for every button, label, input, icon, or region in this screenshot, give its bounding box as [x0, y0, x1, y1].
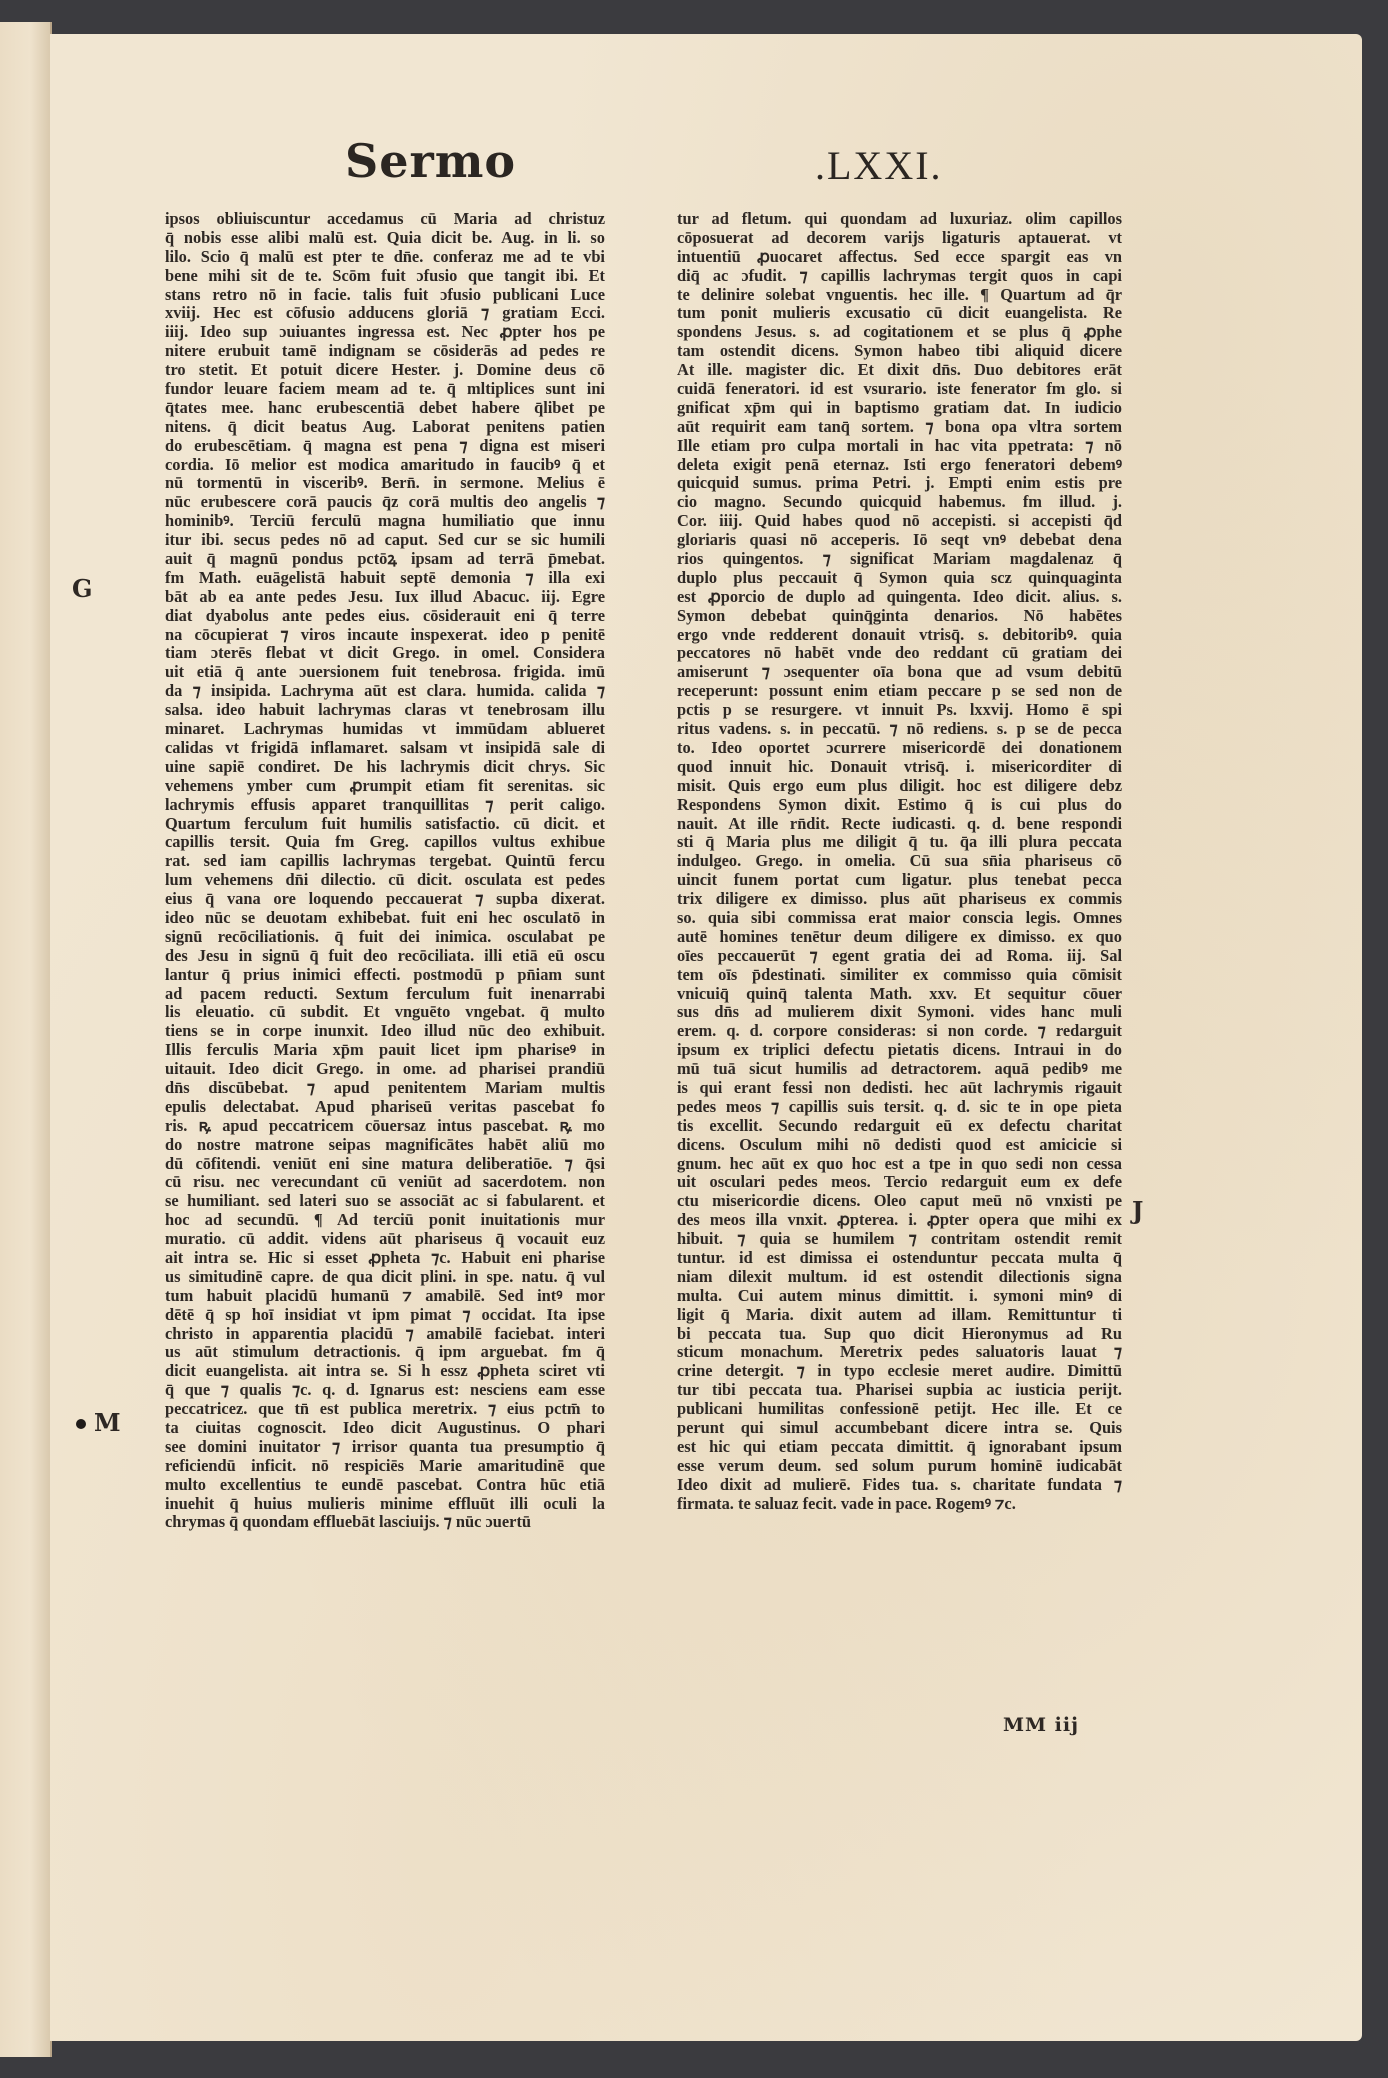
- text-line: multo excellentius te eundē pascebat. Co…: [165, 1476, 605, 1495]
- text-line: ctu misericordie dicens. Oleo caput meū …: [677, 1192, 1122, 1211]
- text-line: ritus vadens. s. in peccatū. ⁊ nō redien…: [677, 720, 1122, 739]
- right-text-column: tur ad fletum. qui quondam ad luxuriaz. …: [677, 210, 1122, 1513]
- text-line: tur ad fletum. qui quondam ad luxuriaz. …: [677, 210, 1122, 229]
- text-line: eius q̄ vana ore loquendo peccauerat ⁊ s…: [165, 890, 605, 909]
- text-line: q̄ nobis esse alibi malū est. Quia dicit…: [165, 229, 605, 248]
- text-line: xviij. Hec est cōfusio adducens gloriā ⁊…: [165, 304, 605, 323]
- text-line: calidas vt frigidā inflamaret. salsam vt…: [165, 739, 605, 758]
- text-line: to. Ideo oportet ɔcurrere misericordē de…: [677, 739, 1122, 758]
- text-line: minaret. Lachrymas humidas vt immūdam ab…: [165, 720, 605, 739]
- text-line: do nostre matrone seipas magnificātes ha…: [165, 1136, 605, 1155]
- text-line: nūc erubescere corā paucis q̄z corā mult…: [165, 493, 605, 512]
- text-line: pedes meos ⁊ capillis suis tersit. q. d.…: [677, 1098, 1122, 1117]
- text-line: diq̄ ac ɔfudit. ⁊ capillis lachrymas ter…: [677, 267, 1122, 286]
- text-line: gnificat xp̄m qui in baptismo gratiam da…: [677, 399, 1122, 418]
- text-line: Cor. iiij. Quid habes quod nō accepisti.…: [677, 512, 1122, 531]
- text-line: tem oīs p̄destinati. similiter ex commis…: [677, 966, 1122, 985]
- text-line: peccatricez. que tn̄ est publica meretri…: [165, 1400, 605, 1419]
- text-line: nū tormentū in visceribꝰ. Bern̄. in serm…: [165, 474, 605, 493]
- text-line: ipsum ex triplici defectu pietatis dicen…: [677, 1041, 1122, 1060]
- text-line: epulis delectabat. Apud phariseū veritas…: [165, 1098, 605, 1117]
- text-line: vehemens ymber cum ꝓrumpit etiam fit ser…: [165, 777, 605, 796]
- text-line: gloriaris quasi nō acceperis. Iō seqt vn…: [677, 531, 1122, 550]
- text-line: see domini inuitator ⁊ irrisor quanta tu…: [165, 1438, 605, 1457]
- text-line: quod innuit hic. Donauit vtrisq̄. i. mis…: [677, 758, 1122, 777]
- text-line: us aūt stimulum detractionis. q̄ ipm arg…: [165, 1343, 605, 1362]
- text-line: quicquid sumus. prima Petri. j. Empti en…: [677, 474, 1122, 493]
- text-line: perunt qui simul accumbebant dicere intr…: [677, 1419, 1122, 1438]
- text-line: nitere erubuit tamē indignam se cōsiderā…: [165, 342, 605, 361]
- previous-leaf-edge: [0, 22, 52, 2057]
- marginal-letter-m: M: [94, 1408, 121, 1437]
- text-line: tuntur. id est dimissa ei ostenduntur pe…: [677, 1249, 1122, 1268]
- text-line: indulgeo. Grego. in omelia. Cū sua sn̄ia…: [677, 852, 1122, 871]
- text-line: auit q̄ magnū pondus pctōꝝ ipsam ad terr…: [165, 550, 605, 569]
- text-line: uit etiā q̄ ante ɔuersionem fuit tenebro…: [165, 663, 605, 682]
- text-line: Symon debebat quinq̄ginta denarios. Nō h…: [677, 607, 1122, 626]
- running-title: Sermo: [345, 134, 516, 188]
- text-line: esse verum deum. sed solum purum hominē …: [677, 1457, 1122, 1476]
- marginal-letter-g: G: [72, 574, 93, 603]
- text-line: dicens. Osculum mihi nō dedisti quod est…: [677, 1136, 1122, 1155]
- text-line: chrymas q̄ quondam effluebāt lasciuijs. …: [165, 1513, 605, 1532]
- text-line: duplo plus peccauit q̄ Symon quia scz qu…: [677, 569, 1122, 588]
- text-line: sticum monachum. Meretrix pedes saluator…: [677, 1343, 1122, 1362]
- text-line: crine detergit. ⁊ in typo ecclesie meret…: [677, 1362, 1122, 1381]
- folio-number: .LXXI.: [815, 142, 943, 189]
- text-line: cordia. Iō melior est modica amaritudo i…: [165, 456, 605, 475]
- text-line: cōposuerat ad decorem varijs ligaturis a…: [677, 229, 1122, 248]
- marginal-letter-j: J: [1132, 1196, 1143, 1225]
- text-line: muratio. cū addit. videns aūt phariseus …: [165, 1230, 605, 1249]
- text-line: sti q̄ Maria plus me diligit q̄ tu. q̄a …: [677, 833, 1122, 852]
- text-line: oīes peccauerūt ⁊ egent gratia dei ad Ro…: [677, 947, 1122, 966]
- text-line: ergo vnde redderent donauit vtrisq̄. s. …: [677, 626, 1122, 645]
- text-line: fundor leuare faciem meam ad te. q̄ mlti…: [165, 380, 605, 399]
- text-line: da ⁊ insipida. Lachryma aūt est clara. h…: [165, 682, 605, 701]
- text-line: Respondens Symon dixit. Estimo q̄ is cui…: [677, 796, 1122, 815]
- text-line: cio magno. Secundo quicquid habemus. fm …: [677, 493, 1122, 512]
- signature-mark: MM iij: [1003, 1714, 1079, 1736]
- text-line: dētē q̄ sp hoī insidiat vt ipm pimat ⁊ o…: [165, 1306, 605, 1325]
- text-line: dū cōfitendi. veniūt eni sine matura del…: [165, 1155, 605, 1174]
- text-line: dicit euangelista. ait intra se. Si h es…: [165, 1362, 605, 1381]
- text-line: lilo. Scio q̄ malū est pter te dn̄e. con…: [165, 248, 605, 267]
- text-line: receperunt: possunt enim etiam peccare p…: [677, 682, 1122, 701]
- text-line: lum vehemens dn̄i dilectio. cū dicit. os…: [165, 871, 605, 890]
- text-line: ta ciuitas cognoscit. Ideo dicit Augusti…: [165, 1419, 605, 1438]
- text-line: amiserunt ⁊ ɔsequenter oīa bona que ad v…: [677, 663, 1122, 682]
- text-line: uit osculari pedes meos. Tercio redargui…: [677, 1173, 1122, 1192]
- text-line: ris. ꝶ apud peccatricem cōuersaz intus p…: [165, 1117, 605, 1136]
- text-line: bi peccata tua. Sup quo dicit Hieronymus…: [677, 1325, 1122, 1344]
- text-line: Ille etiam pro culpa mortali in hac vita…: [677, 437, 1122, 456]
- text-line: is qui erant fessi non dedisti. hec aūt …: [677, 1079, 1122, 1098]
- text-line: autē homines tenētur deum diligere ex di…: [677, 928, 1122, 947]
- text-line: ad pacem reducti. Sextum ferculum fuit i…: [165, 985, 605, 1004]
- text-line: At ille. magister dic. Et dixit dn̄s. Du…: [677, 361, 1122, 380]
- text-line: bene mihi sit de te. Scōm fuit ɔfusio qu…: [165, 267, 605, 286]
- text-line: uitauit. Ideo dicit Grego. in ome. ad ph…: [165, 1060, 605, 1079]
- text-line: deleta exigit penā eternaz. Isti ergo fe…: [677, 456, 1122, 475]
- text-line: lis eleuatio. cū subdit. Et vnguēto vnge…: [165, 1003, 605, 1022]
- text-line: publicani humilitas confessionē petijt. …: [677, 1400, 1122, 1419]
- book-page: Sermo .LXXI. G M J ipsos obliuiscuntur a…: [50, 34, 1362, 2041]
- text-line: est hic qui etiam peccata dimittit. q̄ i…: [677, 1438, 1122, 1457]
- text-line: spondens Jesus. s. ad cogitationem et se…: [677, 323, 1122, 342]
- text-line: christo in apparentia placidū ⁊ amabilē …: [165, 1325, 605, 1344]
- text-line: rios quingentos. ⁊ significat Mariam mag…: [677, 550, 1122, 569]
- text-line: ipsos obliuiscuntur accedamus cū Maria a…: [165, 210, 605, 229]
- text-line: uine sapiē condiret. De his lachrymis di…: [165, 758, 605, 777]
- text-line: nauit. At ille rn̄dit. Recte iudicasti. …: [677, 815, 1122, 834]
- text-line: multa. Cui autem minus dimittit. i. symo…: [677, 1287, 1122, 1306]
- text-line: mū tuā sicut humilis ad detractorem. aqu…: [677, 1060, 1122, 1079]
- text-line: firmata. te saluaz fecit. vade in pace. …: [677, 1495, 1122, 1514]
- text-line: est ꝓporcio de duplo ad quingenta. Ideo …: [677, 588, 1122, 607]
- text-line: erem. q. d. corpore consideras: si non c…: [677, 1022, 1122, 1041]
- text-line: tis excellit. Secundo redarguit eū ex de…: [677, 1117, 1122, 1136]
- text-line: inuehit q̄ huius mulieris minime effluūt…: [165, 1495, 605, 1514]
- text-line: niam dilexit multum. id est ostendit dil…: [677, 1268, 1122, 1287]
- text-line: na cōcupierat ⁊ viros incaute inspexerat…: [165, 626, 605, 645]
- text-line: signū recōciliationis. q̄ fuit dei inimi…: [165, 928, 605, 947]
- text-line: iiij. Ideo sup ɔuiuantes ingressa est. N…: [165, 323, 605, 342]
- text-line: bāt ab ea ante pedes Jesu. Iux illud Aba…: [165, 588, 605, 607]
- text-line: cuidā feneratori. id est vsurario. iste …: [677, 380, 1122, 399]
- marginal-bullet-icon: [76, 1419, 86, 1429]
- text-line: tiens se in corpe inunxit. Ideo illud nū…: [165, 1022, 605, 1041]
- text-line: intuentiū ꝓuocaret affectus. Sed ecce sp…: [677, 248, 1122, 267]
- text-line: pctis p se resurgere. vt innuit Ps. lxxv…: [677, 701, 1122, 720]
- text-line: dn̄s discūbebat. ⁊ apud penitentem Maria…: [165, 1079, 605, 1098]
- text-line: hominibꝰ. Terciū ferculū magna humiliati…: [165, 512, 605, 531]
- text-line: so. quia sibi commissa erat maior consci…: [677, 909, 1122, 928]
- text-line: rat. sed iam capillis lachrymas tergebat…: [165, 852, 605, 871]
- text-line: misit. Quis ergo eum plus diligit. hoc e…: [677, 777, 1122, 796]
- text-line: peccatores nō habēt vnde deo reddant cū …: [677, 644, 1122, 663]
- text-line: des meos illa vnxit. ꝓpterea. i. ꝓpter o…: [677, 1211, 1122, 1230]
- text-line: do erubescētiam. q̄ magna est pena ⁊ dig…: [165, 437, 605, 456]
- text-line: uincit funem portat cum ligatur. plus te…: [677, 871, 1122, 890]
- text-line: Illis ferculis Maria xp̄m pauit licet ip…: [165, 1041, 605, 1060]
- text-line: q̄ que ⁊ qualis ⁊c. q. d. Ignarus est: n…: [165, 1381, 605, 1400]
- text-line: ideo nūc se deuotam exhibebat. fuit eni …: [165, 909, 605, 928]
- text-line: salsa. ideo habuit lachrymas claras vt t…: [165, 701, 605, 720]
- text-line: se humiliant. sed lateri suo se associāt…: [165, 1192, 605, 1211]
- text-line: cū risu. nec verecundant cū veniūt ad sa…: [165, 1173, 605, 1192]
- text-line: tum ponit mulieris excusatio cū dicit eu…: [677, 304, 1122, 323]
- text-line: capillis tersit. Quia fm Greg. capillos …: [165, 833, 605, 852]
- text-line: us simitudinē capre. de qua dicit plini.…: [165, 1268, 605, 1287]
- text-line: hoc ad secundū. ¶ Ad terciū ponit inuita…: [165, 1211, 605, 1230]
- text-line: trix diligere ex dimisso. plus aūt phari…: [677, 890, 1122, 909]
- text-line: vnicuiq̄ quinq̄ talenta Math. xxv. Et se…: [677, 985, 1122, 1004]
- left-text-column: ipsos obliuiscuntur accedamus cū Maria a…: [165, 210, 605, 1532]
- text-line: nitens. q̄ dicit beatus Aug. Laborat pen…: [165, 418, 605, 437]
- text-line: tur tibi peccata tua. Pharisei supbia ac…: [677, 1381, 1122, 1400]
- text-line: gnum. hec aūt ex quo hoc est a tpe in qu…: [677, 1155, 1122, 1174]
- text-line: te delinire solebat vnguentis. hec ille.…: [677, 286, 1122, 305]
- text-line: tro stetit. Et potuit dicere Hester. j. …: [165, 361, 605, 380]
- text-line: tam ostendit dicens. Symon habeo tibi al…: [677, 342, 1122, 361]
- text-line: lantur q̄ prius inimici effecti. postmod…: [165, 966, 605, 985]
- text-line: q̄tates mee. hanc erubescentiā debet hab…: [165, 399, 605, 418]
- text-line: des Jesu in signū q̄ fuit deo recōciliat…: [165, 947, 605, 966]
- text-line: tum habuit placidū humanū ⁊ amabilē. Sed…: [165, 1287, 605, 1306]
- text-line: stans retro nō in facie. talis fuit ɔfus…: [165, 286, 605, 305]
- text-line: Quartum ferculum fuit humilis satisfacti…: [165, 815, 605, 834]
- text-line: tiam ɔterēs flebat vt dicit Grego. in om…: [165, 644, 605, 663]
- text-line: itur ibi. secus pedes nō ad caput. Sed c…: [165, 531, 605, 550]
- text-line: fm Math. euāgelistā habuit septē demonia…: [165, 569, 605, 588]
- text-line: aūt requirit eam tanq̄ sortem. ⁊ bona op…: [677, 418, 1122, 437]
- text-line: sus dn̄s ad mulierem dixit Symoni. vides…: [677, 1003, 1122, 1022]
- text-line: reficiendū inficit. nō respiciēs Marie a…: [165, 1457, 605, 1476]
- text-line: lachrymis effusis apparet tranquillitas …: [165, 796, 605, 815]
- text-line: Ideo dixit ad mulierē. Fides tua. s. cha…: [677, 1476, 1122, 1495]
- text-line: ait intra se. Hic si esset ꝓpheta ⁊c. Ha…: [165, 1249, 605, 1268]
- text-line: diat dyabolus ante pedes eius. cōsiderau…: [165, 607, 605, 626]
- text-line: ligit q̄ Maria. dixit autem ad illam. Re…: [677, 1306, 1122, 1325]
- text-line: hibuit. ⁊ quia se humilem ⁊ contritam os…: [677, 1230, 1122, 1249]
